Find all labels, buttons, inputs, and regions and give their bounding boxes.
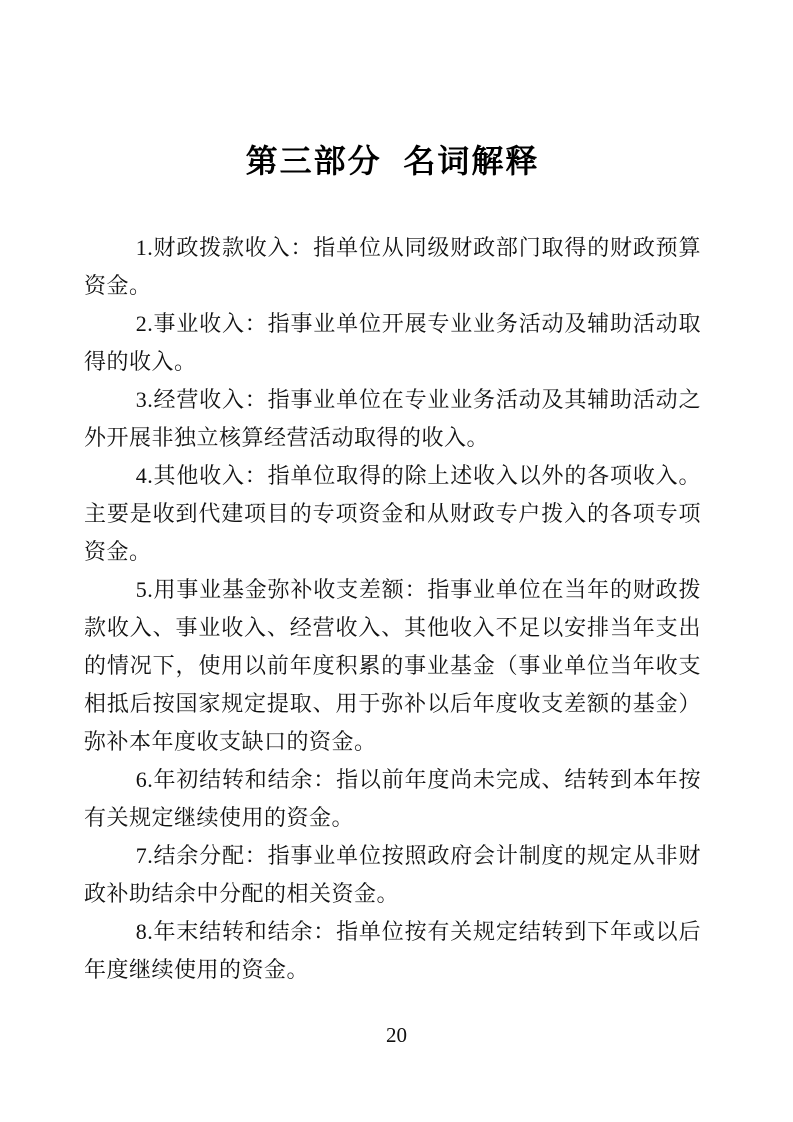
glossary-item-2: 2.事业收入：指事业单位开展专业业务活动及辅助活动取得的收入。 <box>84 305 701 381</box>
glossary-item-6: 6.年初结转和结余：指以前年度尚未完成、结转到本年按有关规定继续使用的资金。 <box>84 761 701 837</box>
glossary-item-7: 7.结余分配：指事业单位按照政府会计制度的规定从非财政补助结余中分配的相关资金。 <box>84 837 701 913</box>
term-definition: 指事业单位在当年的财政拨款收入、事业收入、经营收入、其他收入不足以安排当年支出的… <box>84 577 701 754</box>
glossary-list: 1.财政拨款收入：指单位从同级财政部门取得的财政预算资金。 2.事业收入：指事业… <box>84 229 701 989</box>
page-title: 第三部分 名词解释 <box>84 143 701 179</box>
glossary-item-3: 3.经营收入：指事业单位在专业业务活动及其辅助活动之外开展非独立核算经营活动取得… <box>84 381 701 457</box>
term-label: 2.事业收入： <box>136 311 268 336</box>
term-label: 3.经营收入： <box>136 387 268 412</box>
glossary-item-1: 1.财政拨款收入：指单位从同级财政部门取得的财政预算资金。 <box>84 229 701 305</box>
term-label: 5.用事业基金弥补收支差额： <box>136 577 428 602</box>
document-page: 第三部分 名词解释 1.财政拨款收入：指单位从同级财政部门取得的财政预算资金。 … <box>0 0 793 1122</box>
term-label: 6.年初结转和结余： <box>136 767 336 792</box>
glossary-item-4: 4.其他收入：指单位取得的除上述收入以外的各项收入。主要是收到代建项目的专项资金… <box>84 457 701 571</box>
term-label: 4.其他收入： <box>136 463 268 488</box>
page-number: 20 <box>0 1023 793 1048</box>
glossary-item-8: 8.年末结转和结余：指单位按有关规定结转到下年或以后年度继续使用的资金。 <box>84 913 701 989</box>
term-label: 1.财政拨款收入： <box>136 235 314 260</box>
glossary-item-5: 5.用事业基金弥补收支差额：指事业单位在当年的财政拨款收入、事业收入、经营收入、… <box>84 571 701 761</box>
term-label: 8.年末结转和结余： <box>136 919 336 944</box>
term-label: 7.结余分配： <box>136 843 268 868</box>
